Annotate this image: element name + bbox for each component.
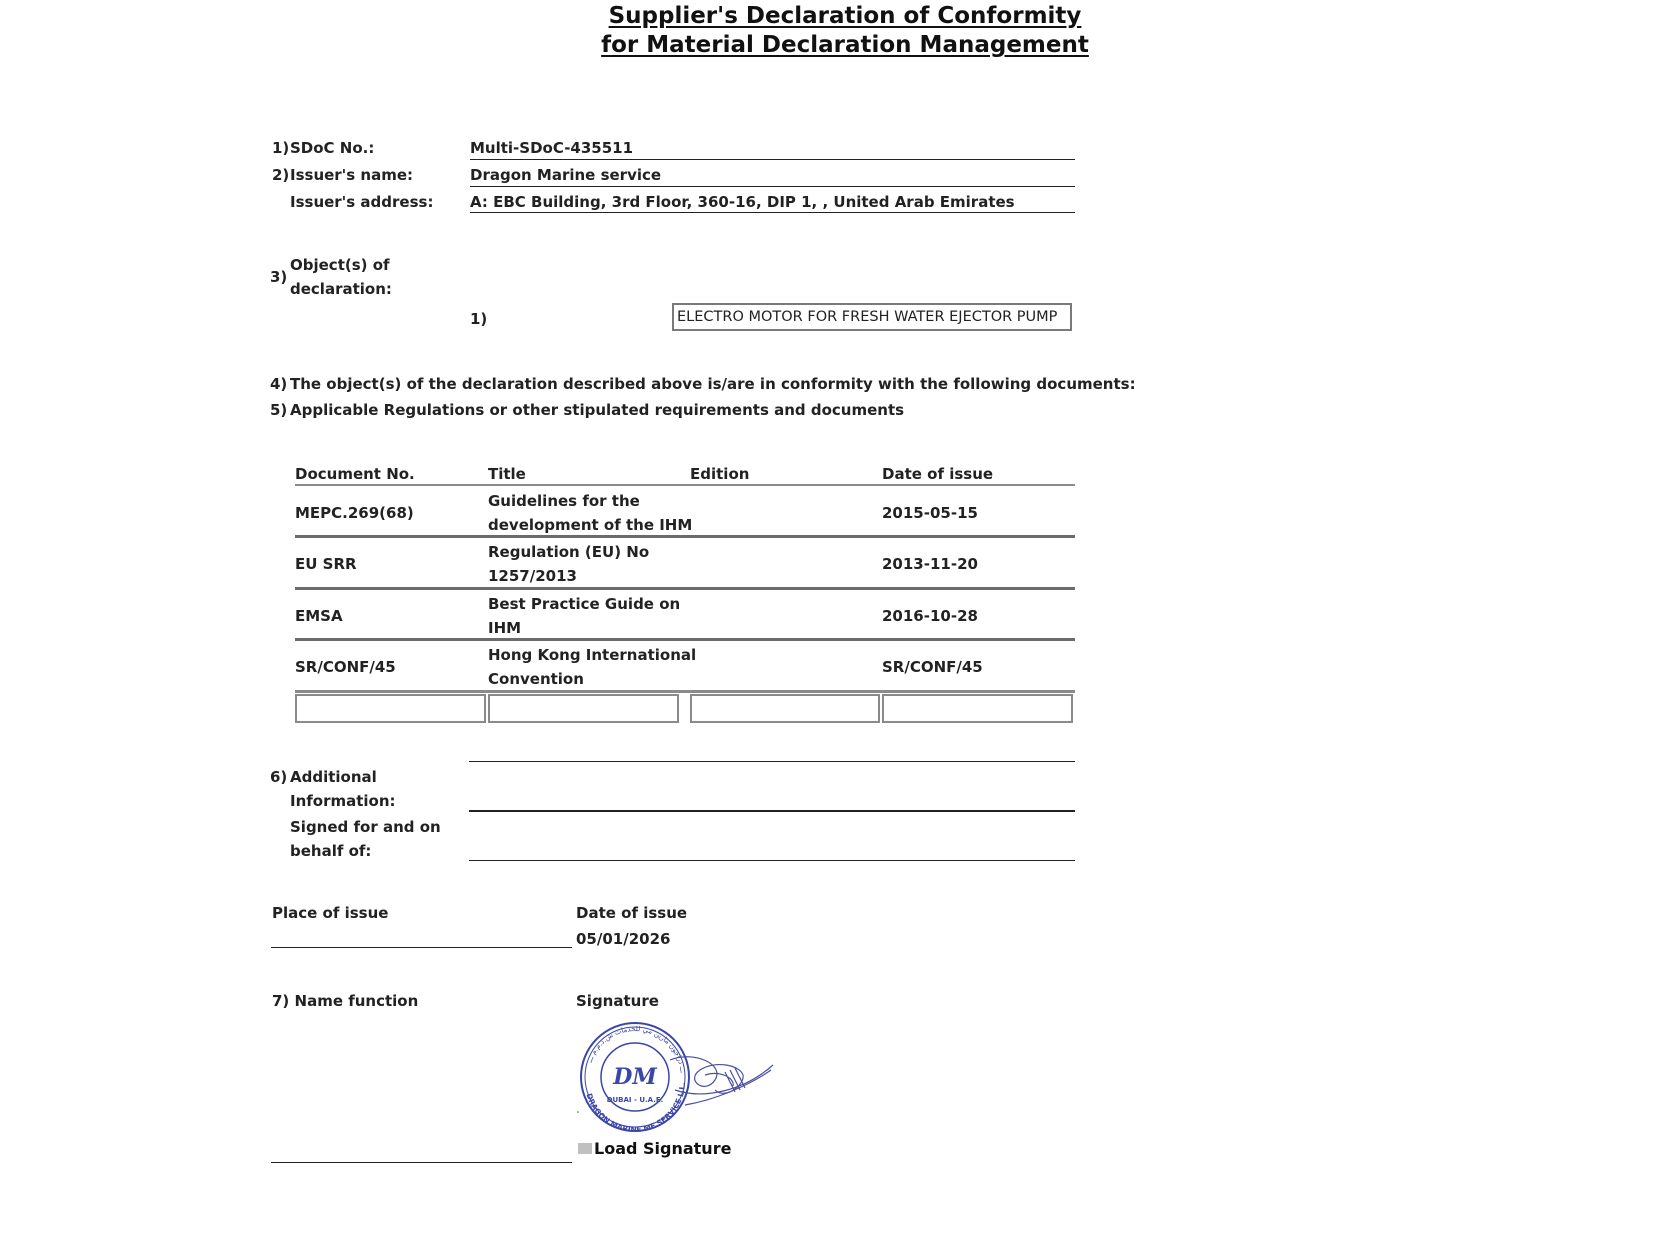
issuer-name-label: Issuer's name: (290, 163, 413, 187)
place-of-issue-input[interactable] (271, 925, 571, 946)
regulations-text: Applicable Regulations or other stipulat… (290, 398, 904, 422)
column-header-document-no: Document No. (295, 465, 415, 483)
issuer-name-value[interactable]: Dragon Marine service (470, 166, 661, 184)
cell-document-no: MEPC.269(68) (295, 501, 414, 525)
cell-title-line2: development of the IHM (488, 513, 692, 537)
table-row-divider (295, 638, 1075, 641)
new-edition-input[interactable] (690, 694, 880, 723)
issuer-name-number: 2) (272, 166, 289, 184)
object-item-index: 1) (470, 310, 487, 328)
issuer-address-label: Issuer's address: (290, 190, 433, 214)
issuer-address-underline (470, 212, 1075, 213)
load-signature-button[interactable]: Load Signature (578, 1139, 731, 1158)
signature-stamp-image: DM DUBAI - U.A.E. DRAGON MARINE ME SERVI… (575, 1020, 775, 1135)
signed-label-line2: behalf of: (290, 839, 371, 863)
signed-on-behalf-underline (469, 860, 1075, 861)
load-signature-label: Load Signature (594, 1139, 731, 1158)
new-title-input[interactable] (488, 694, 679, 723)
additional-info-input[interactable] (469, 764, 1075, 808)
cell-document-no: EU SRR (295, 552, 357, 576)
cell-title-line2: 1257/2013 (488, 564, 577, 588)
objects-label-line2: declaration: (290, 277, 392, 301)
additional-number: 6) (270, 768, 287, 786)
signature-label: Signature (576, 989, 659, 1013)
objects-label-line1: Object(s) of (290, 253, 390, 277)
sdoc-label: SDoC No.: (290, 136, 374, 160)
additional-label-line1: Additional (290, 765, 377, 789)
table-row-divider (295, 690, 1075, 693)
column-header-date: Date of issue (882, 465, 993, 483)
object-item-input[interactable]: ELECTRO MOTOR FOR FRESH WATER EJECTOR PU… (672, 303, 1072, 331)
name-function-underline (271, 1162, 572, 1163)
cell-date: 2016-10-28 (882, 604, 978, 628)
cell-document-no: SR/CONF/45 (295, 655, 396, 679)
issuer-address-value[interactable]: A: EBC Building, 3rd Floor, 360-16, DIP … (470, 193, 1015, 211)
cell-title-line2: IHM (488, 616, 521, 640)
cell-title-line1: Guidelines for the (488, 489, 640, 513)
date-of-issue-label: Date of issue (576, 901, 687, 925)
column-header-edition: Edition (690, 465, 749, 483)
sdoc-value[interactable]: Multi-SDoC-435511 (470, 139, 633, 157)
table-header-divider (295, 484, 1075, 486)
additional-info-top-line (469, 761, 1075, 762)
additional-label-line2: Information: (290, 789, 396, 813)
objects-number: 3) (270, 268, 287, 286)
new-document-no-input[interactable] (295, 694, 486, 723)
additional-info-underline (469, 810, 1075, 812)
place-of-issue-label: Place of issue (272, 901, 388, 925)
title-line-1: Supplier's Declaration of Conformity (0, 2, 1678, 31)
cell-title-line1: Best Practice Guide on (488, 592, 680, 616)
cell-title-line2: Convention (488, 667, 584, 691)
stamp-city: DUBAI - U.A.E. (607, 1096, 664, 1104)
load-signature-checkbox-icon[interactable] (578, 1143, 592, 1154)
table-row-divider (295, 535, 1075, 538)
sdoc-number: 1) (272, 139, 289, 157)
place-of-issue-underline (271, 947, 572, 948)
cell-document-no: EMSA (295, 604, 343, 628)
date-of-issue-value[interactable]: 05/01/2026 (576, 927, 670, 951)
conformity-number: 4) (270, 375, 287, 393)
signed-label-line1: Signed for and on (290, 815, 441, 839)
regulations-number: 5) (270, 401, 287, 419)
name-function-input[interactable] (271, 1015, 571, 1160)
cell-title-line1: Regulation (EU) No (488, 540, 649, 564)
stamp-monogram: DM (612, 1064, 657, 1090)
signed-on-behalf-input[interactable] (469, 814, 1075, 858)
cell-title-line1: Hong Kong International (488, 643, 696, 667)
issuer-name-underline (470, 186, 1075, 187)
title-line-2: for Material Declaration Management (0, 31, 1678, 60)
new-date-input[interactable] (882, 694, 1073, 723)
table-row-divider (295, 587, 1075, 590)
conformity-text: The object(s) of the declaration describ… (290, 372, 1136, 396)
sdoc-underline (470, 159, 1075, 160)
cell-date: 2013-11-20 (882, 552, 978, 576)
name-function-label: 7) Name function (272, 989, 418, 1013)
cell-date: SR/CONF/45 (882, 655, 983, 679)
cell-date: 2015-05-15 (882, 501, 978, 525)
document-title: Supplier's Declaration of Conformity for… (0, 2, 1678, 60)
column-header-title: Title (488, 465, 526, 483)
